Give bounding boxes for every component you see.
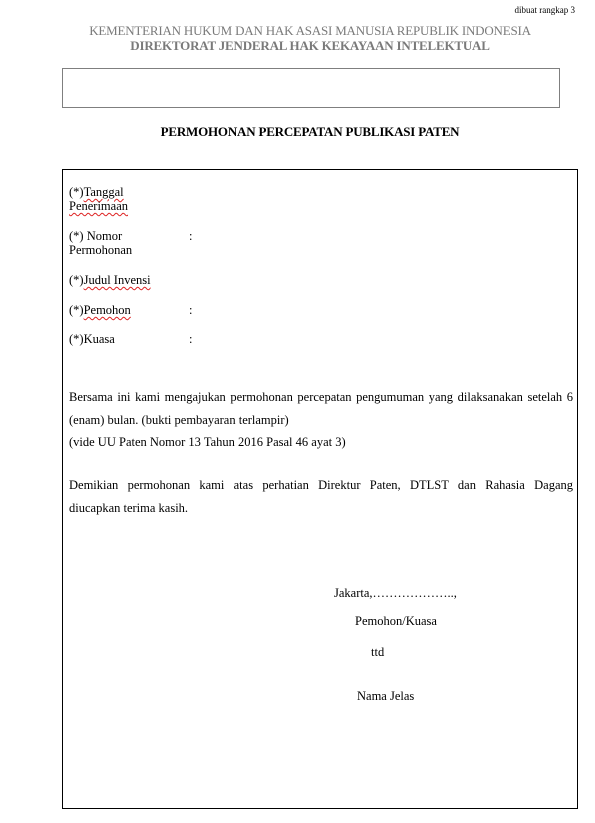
required-marker: (*) [69,273,84,287]
label-line1: Nomor [87,229,122,243]
signature-mark: ttd [371,645,384,660]
ministry-header: KEMENTERIAN HUKUM DAN HAK ASASI MANUSIA … [0,23,595,39]
label-line1: Tanggal [84,185,124,199]
field-judul-invensi-label: (*)Judul Invensi [69,273,151,287]
label-line2: Penerimaan [69,199,128,213]
field-kuasa-colon: : [189,332,192,347]
closing-line-2: diucapkan terima kasih. [69,497,573,520]
directorate-header: DIREKTORAT JENDERAL HAK KEKAYAAN INTELEK… [0,38,595,54]
field-pemohon-colon: : [189,303,192,318]
form-title: PERMOHONAN PERCEPATAN PUBLIKASI PATEN [0,124,595,140]
field-nomor-permohonan-label: (*) Nomor Permohonan [69,229,132,257]
place-date: Jakarta,……………….., [334,586,457,601]
label-line1: Kuasa [84,332,115,346]
required-marker: (*) [69,229,87,243]
required-marker: (*) [69,332,84,346]
legal-reference: (vide UU Paten Nomor 13 Tahun 2016 Pasal… [69,431,573,454]
request-line-1: Bersama ini kami mengajukan permohonan p… [69,386,573,409]
field-nomor-permohonan-colon: : [189,229,192,244]
request-line-2: (enam) bulan. (bukti pembayaran terlampi… [69,409,573,432]
closing-line-1: Demikian permohonan kami atas perhatian … [69,474,573,497]
required-marker: (*) [69,303,84,317]
label-line1: Pemohon [84,303,131,317]
signer-role: Pemohon/Kuasa [355,614,437,629]
field-kuasa-label: (*)Kuasa [69,332,115,346]
required-marker: (*) [69,185,84,199]
label-line2: Permohonan [69,243,132,257]
copies-note: dibuat rangkap 3 [515,5,575,15]
office-use-box [62,68,560,108]
field-tanggal-penerimaan-label: (*)Tanggal Penerimaan [69,185,128,213]
label-line1: Judul Invensi [84,273,151,287]
field-pemohon-label: (*)Pemohon [69,303,131,317]
signer-name: Nama Jelas [357,689,414,704]
request-paragraph: Bersama ini kami mengajukan permohonan p… [69,386,573,454]
closing-paragraph: Demikian permohonan kami atas perhatian … [69,474,573,519]
